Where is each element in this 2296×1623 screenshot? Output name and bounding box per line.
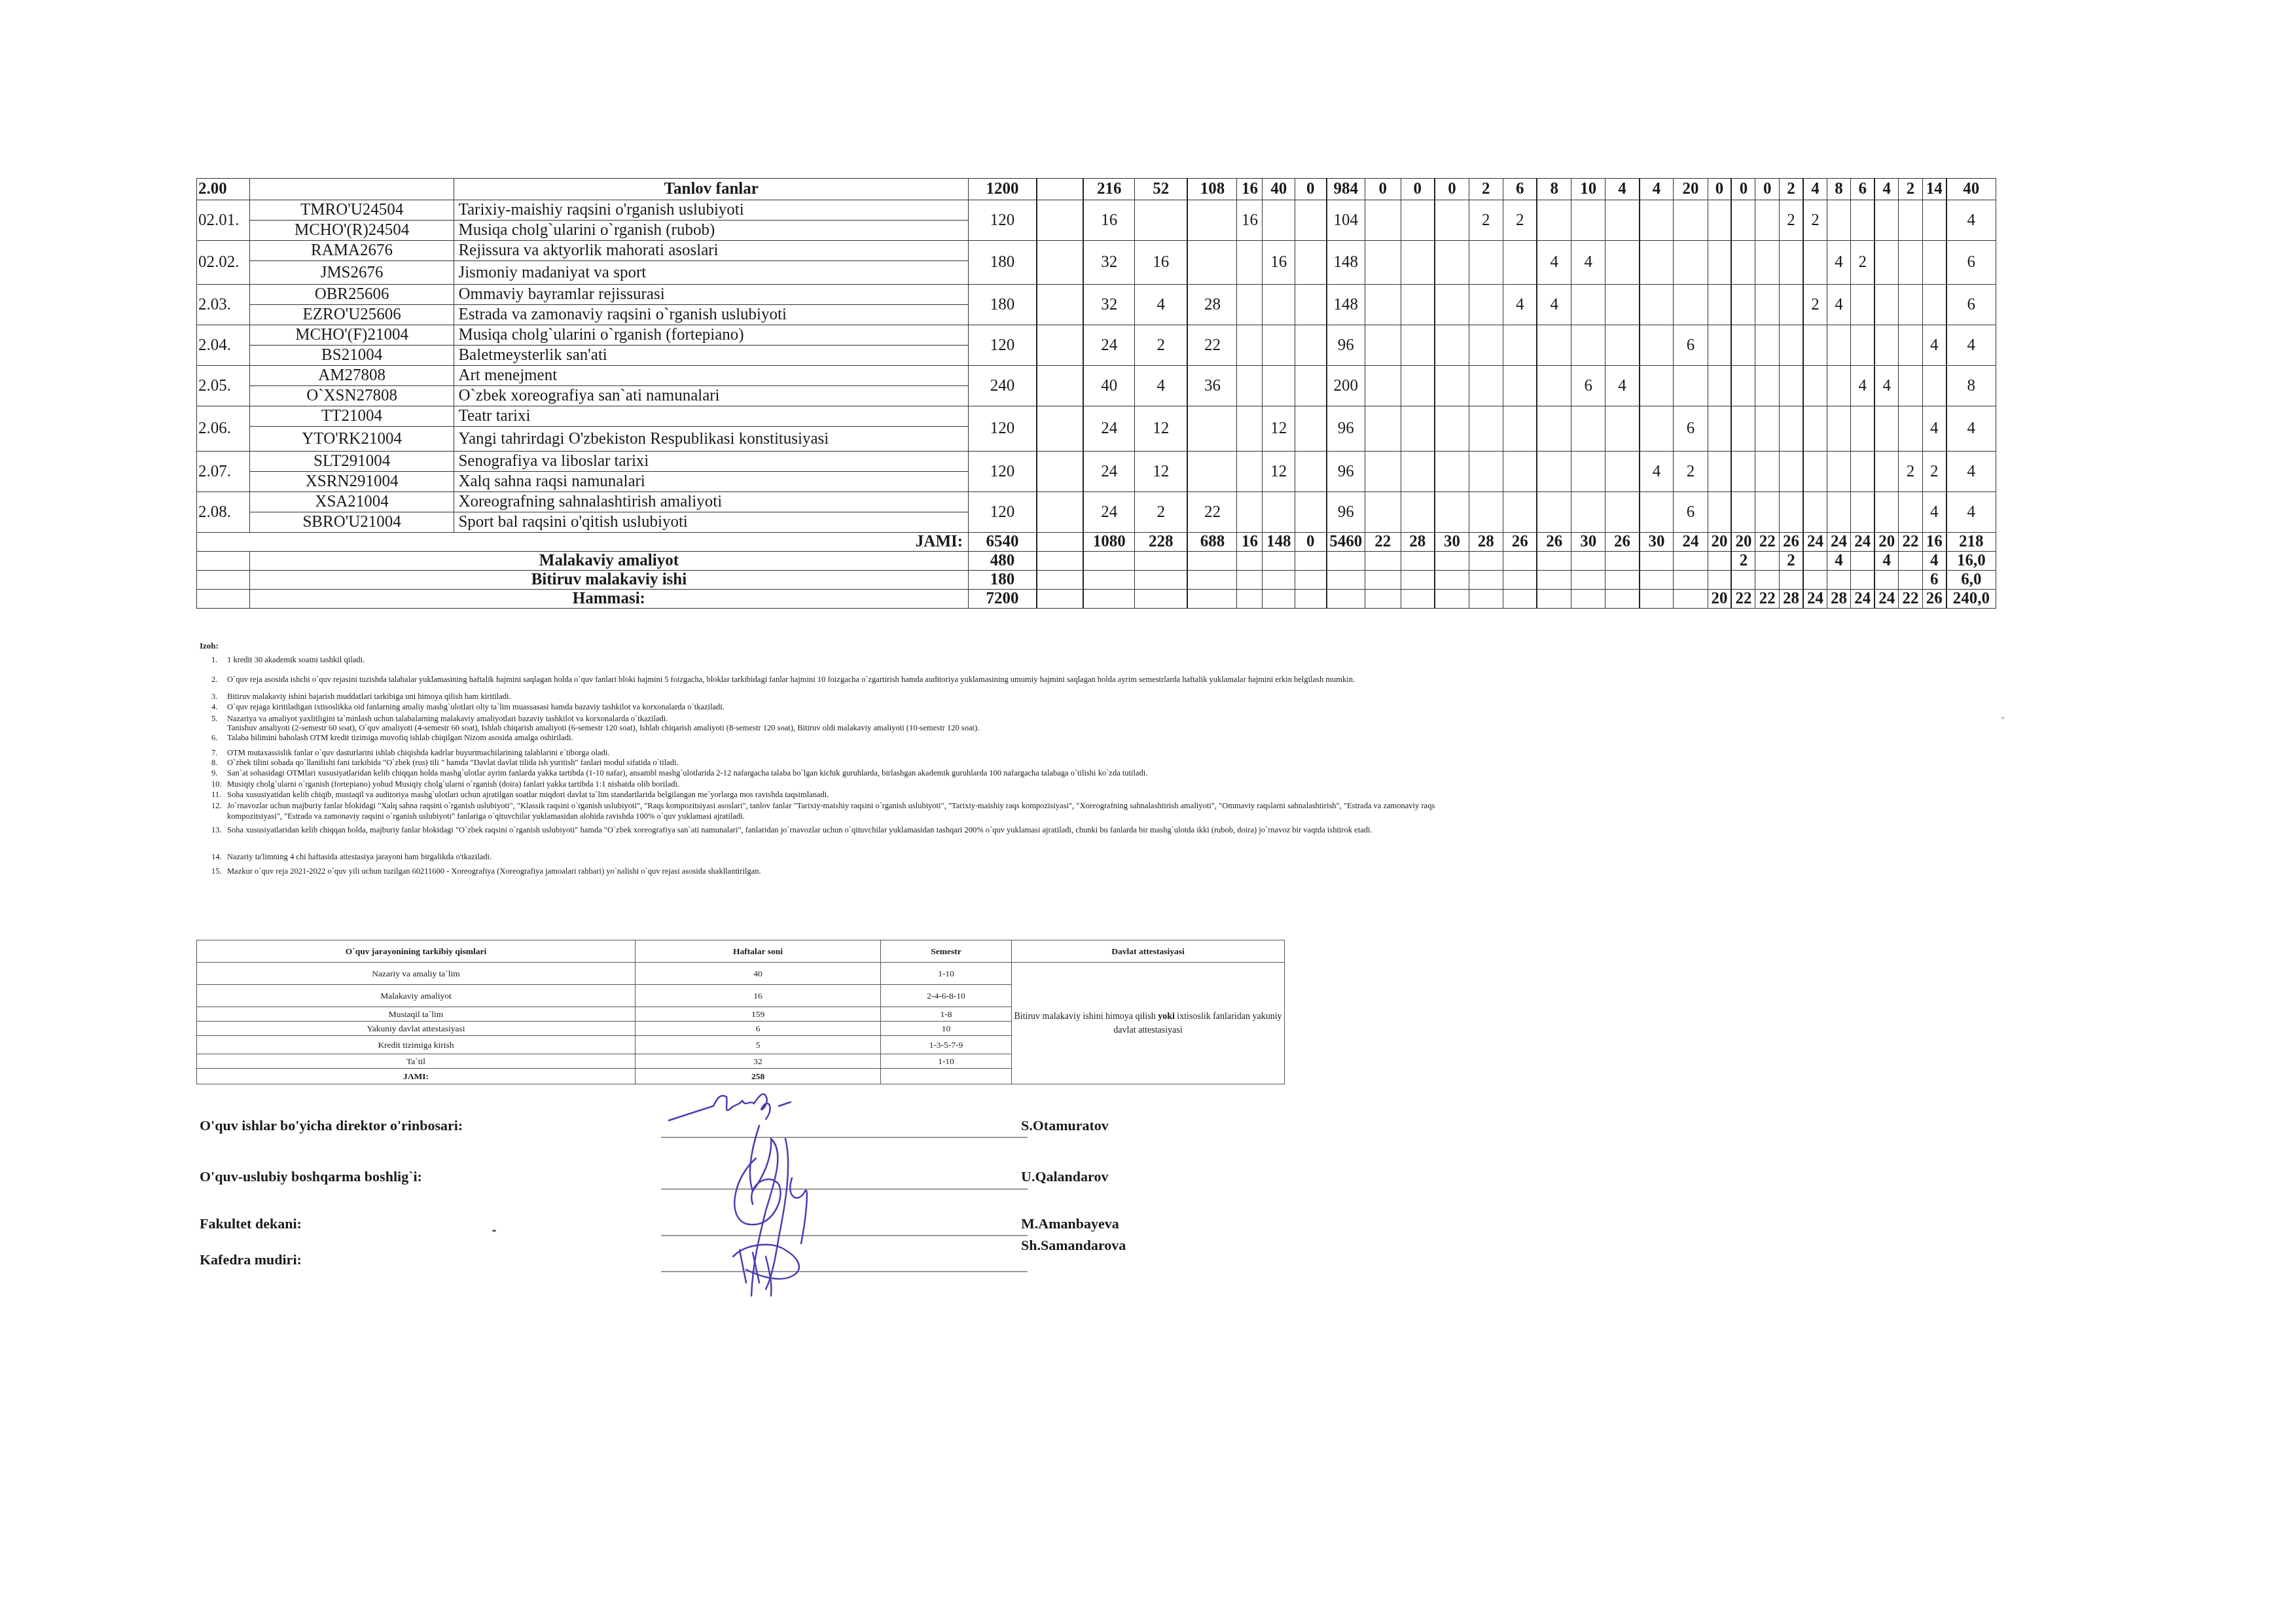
value-cell xyxy=(1237,325,1263,366)
value-cell xyxy=(1755,285,1779,325)
value-cell xyxy=(1640,200,1674,241)
group-number: 2.04. xyxy=(197,325,250,366)
subject-name: Senografiya va liboslar tarixi xyxy=(454,452,969,472)
summary-header-row: O`quv jarayonining tarkibiy qismlari Haf… xyxy=(197,940,1285,963)
value-cell: 8 xyxy=(1537,179,1571,200)
value-cell: 6 xyxy=(1571,366,1605,406)
summary-header-part: O`quv jarayonining tarkibiy qismlari xyxy=(197,940,636,963)
value-cell: 28 xyxy=(1469,533,1503,552)
value-cell: 4 xyxy=(1922,492,1946,533)
value-cell: 2 xyxy=(1469,200,1503,241)
value-cell xyxy=(1263,590,1295,609)
value-cell xyxy=(1731,325,1755,366)
summary-weeks: 5 xyxy=(636,1036,881,1054)
value-cell: 4 xyxy=(1946,492,1996,533)
subject-name: Estrada va zamonaviy raqsini o`rganish u… xyxy=(454,305,969,325)
value-cell: 2 xyxy=(1135,492,1188,533)
value-cell xyxy=(1365,325,1401,366)
value-cell: 2 xyxy=(1503,200,1537,241)
value-cell: 2 xyxy=(1922,452,1946,492)
value-cell: 8 xyxy=(1946,366,1996,406)
value-cell: 22 xyxy=(1187,492,1237,533)
value-cell xyxy=(1469,571,1503,590)
value-cell xyxy=(1674,590,1708,609)
note-text: Tanishuv amaliyoti (2-semestr 60 soat), … xyxy=(227,724,979,732)
value-cell xyxy=(1401,590,1435,609)
value-cell xyxy=(1037,590,1084,609)
value-cell xyxy=(1083,590,1134,609)
value-cell xyxy=(1708,366,1731,406)
value-cell xyxy=(1237,406,1263,452)
value-cell xyxy=(1779,285,1803,325)
value-cell: 6 xyxy=(1922,571,1946,590)
value-cell xyxy=(1640,552,1674,571)
value-cell xyxy=(1237,285,1263,325)
value-cell: 12 xyxy=(1263,452,1295,492)
value-cell xyxy=(1674,552,1708,571)
value-cell xyxy=(1295,325,1326,366)
value-cell xyxy=(1605,285,1640,325)
note-number: 5. xyxy=(200,715,227,723)
subject-name: Art menejment xyxy=(454,366,969,386)
value-cell xyxy=(1295,552,1326,571)
value-cell xyxy=(1708,325,1731,366)
value-cell xyxy=(1779,406,1803,452)
value-cell: 32 xyxy=(1083,241,1134,285)
value-cell: 24 xyxy=(1874,590,1898,609)
note-item: 11.Soha xususiyatidan kelib chiqib, must… xyxy=(200,791,829,799)
subject-name: O`zbek xoreografiya san`ati namunalari xyxy=(454,386,969,406)
note-number: 15. xyxy=(200,867,227,876)
value-cell xyxy=(1827,406,1850,452)
value-cell xyxy=(1874,200,1898,241)
value-cell xyxy=(1851,325,1874,366)
value-cell xyxy=(1605,571,1640,590)
value-cell xyxy=(1571,571,1605,590)
value-cell xyxy=(1708,200,1731,241)
attestation-description: Bitiruv malakaviy ishini himoya qilish y… xyxy=(1012,963,1285,1084)
note-text: Nazariy ta'limning 4 chi haftasida attes… xyxy=(227,853,492,861)
value-cell xyxy=(1083,571,1134,590)
signature-name-methodology-head: U.Qalandarov xyxy=(1021,1168,1108,1185)
value-cell xyxy=(1571,325,1605,366)
value-cell: 20 xyxy=(1708,533,1731,552)
value-cell xyxy=(1295,571,1326,590)
subject-name: Rejissura va aktyorlik mahorati asoslari xyxy=(454,241,969,261)
note-text: 1 kredit 30 akademik soatni tashkil qila… xyxy=(227,656,365,664)
subject-code: XSA21004 xyxy=(249,492,454,512)
value-cell xyxy=(1803,241,1827,285)
value-cell xyxy=(1037,179,1084,200)
note-item: 12.Jo`rnavozlar uchun majburiy fanlar bl… xyxy=(200,802,1435,810)
value-cell: 2 xyxy=(1851,241,1874,285)
note-item: 7.OTM mutaxassislik fanlar o`quv dasturl… xyxy=(200,749,609,757)
value-cell xyxy=(1755,452,1779,492)
totals-row: JAMI:65401080228688161480546022283028262… xyxy=(197,533,1996,552)
value-cell xyxy=(1401,406,1435,452)
value-cell: 22 xyxy=(1187,325,1237,366)
notes-section: Izoh: 1.1 kredit 30 akademik soatni tash… xyxy=(200,641,2098,654)
value-cell xyxy=(1731,366,1755,406)
scan-artifact xyxy=(492,1230,496,1232)
value-cell xyxy=(1708,571,1731,590)
value-cell xyxy=(1674,571,1708,590)
value-cell: 30 xyxy=(1571,533,1605,552)
value-cell: 28 xyxy=(1401,533,1435,552)
value-cell xyxy=(1401,285,1435,325)
value-cell: 0 xyxy=(1755,179,1779,200)
value-cell xyxy=(1295,285,1326,325)
value-cell: 240,0 xyxy=(1946,590,1996,609)
value-cell xyxy=(1503,552,1537,571)
summary-part: Nazariy va amaliy ta`lim xyxy=(197,963,636,985)
value-cell xyxy=(1295,590,1326,609)
value-cell: 984 xyxy=(1327,179,1365,200)
value-cell xyxy=(1851,406,1874,452)
subject-code: O`XSN27808 xyxy=(249,386,454,406)
value-cell: 26 xyxy=(1922,590,1946,609)
subject-code: XSRN291004 xyxy=(249,472,454,492)
value-cell xyxy=(1827,200,1850,241)
value-cell xyxy=(1365,590,1401,609)
value-cell: 6 xyxy=(1674,325,1708,366)
subject-code: BS21004 xyxy=(249,346,454,366)
value-cell: 24 xyxy=(1083,452,1134,492)
subject-name: Tarixiy-maishiy raqsini o'rganish uslubi… xyxy=(454,200,969,221)
value-cell xyxy=(1237,590,1263,609)
value-cell: 228 xyxy=(1135,533,1188,552)
section-number: 2.00 xyxy=(197,179,250,200)
value-cell xyxy=(1899,200,1922,241)
note-item: 8.O`zbek tilini sohada qo`llanilishi fan… xyxy=(200,758,679,767)
subject-code: AM27808 xyxy=(249,366,454,386)
value-cell xyxy=(1874,285,1898,325)
value-cell: 16,0 xyxy=(1946,552,1996,571)
value-cell xyxy=(1755,552,1779,571)
value-cell xyxy=(1295,406,1326,452)
curriculum-table: 2.00Tanlov fanlar12002165210816400984000… xyxy=(196,178,1996,609)
value-cell xyxy=(1922,200,1946,241)
summary-weeks: 6 xyxy=(636,1022,881,1036)
value-cell: 2 xyxy=(1899,179,1922,200)
value-cell xyxy=(1037,406,1084,452)
section-total-hours: 1200 xyxy=(969,179,1037,200)
value-cell xyxy=(1827,366,1850,406)
value-cell xyxy=(1851,200,1874,241)
value-cell: 24 xyxy=(1851,590,1874,609)
value-cell xyxy=(1435,406,1469,452)
value-cell xyxy=(1365,552,1401,571)
subject-name: Baletmeysterlik san'ati xyxy=(454,346,969,366)
value-cell: 40 xyxy=(1263,179,1295,200)
value-cell xyxy=(1237,492,1263,533)
value-cell xyxy=(1605,241,1640,285)
value-cell: 104 xyxy=(1327,200,1365,241)
value-cell xyxy=(1537,200,1571,241)
note-text: Nazariya va amaliyot yaxlitligini ta`min… xyxy=(227,715,668,723)
value-cell xyxy=(1640,285,1674,325)
value-cell xyxy=(1779,492,1803,533)
value-cell: 4 xyxy=(1851,366,1874,406)
value-cell xyxy=(1827,452,1850,492)
value-cell: 4 xyxy=(1135,366,1188,406)
value-cell: 0 xyxy=(1295,533,1326,552)
value-cell xyxy=(1731,200,1755,241)
value-cell xyxy=(1708,406,1731,452)
value-cell: 96 xyxy=(1327,406,1365,452)
totals-blank xyxy=(197,590,250,609)
value-cell: 22 xyxy=(1899,533,1922,552)
value-cell: 16 xyxy=(1237,179,1263,200)
value-cell xyxy=(1537,325,1571,366)
value-cell: 12 xyxy=(1263,406,1295,452)
value-cell xyxy=(1365,492,1401,533)
value-cell xyxy=(1295,241,1326,285)
subject-code: SBRO'U21004 xyxy=(249,512,454,533)
value-cell xyxy=(1674,200,1708,241)
value-cell xyxy=(1851,285,1874,325)
handwritten-signatures-icon xyxy=(655,1086,929,1309)
note-text: OTM mutaxassislik fanlar o`quv dasturlar… xyxy=(227,749,609,757)
subject-code: YTO'RK21004 xyxy=(249,427,454,452)
value-cell xyxy=(1674,285,1708,325)
value-cell xyxy=(1708,285,1731,325)
subject-row: 02.02.RAMA2676Rejissura va aktyorlik mah… xyxy=(197,241,1996,261)
totals-row: Malakaviy amaliyot4802244416,0 xyxy=(197,552,1996,571)
note-text: O`zbek tilini sohada qo`llanilishi fani … xyxy=(227,758,679,767)
summary-semester: 10 xyxy=(881,1022,1012,1036)
value-cell: 4 xyxy=(1537,285,1571,325)
value-cell: 12 xyxy=(1135,452,1188,492)
value-cell xyxy=(1779,452,1803,492)
note-item: 9.San`at sohasidagi OTMlari xususiyatlar… xyxy=(200,769,1147,777)
value-cell: 2 xyxy=(1674,452,1708,492)
study-process-summary-table: O`quv jarayonining tarkibiy qismlari Haf… xyxy=(196,940,1285,1084)
signature-name-deputy-director: S.Otamuratov xyxy=(1021,1117,1109,1134)
value-cell xyxy=(1899,552,1922,571)
value-cell xyxy=(1851,452,1874,492)
totals-label: JAMI: xyxy=(197,533,969,552)
value-cell xyxy=(1469,285,1503,325)
value-cell xyxy=(1827,492,1850,533)
value-cell: 20 xyxy=(1731,533,1755,552)
value-cell xyxy=(1401,452,1435,492)
totals-blank xyxy=(197,571,250,590)
value-cell xyxy=(1263,325,1295,366)
value-cell xyxy=(1899,492,1922,533)
subject-row: 2.05.AM27808Art menejment240404362006444… xyxy=(197,366,1996,386)
value-cell: 30 xyxy=(1435,533,1469,552)
value-cell xyxy=(1755,571,1779,590)
summary-semester: 1-10 xyxy=(881,963,1012,985)
totals-row: Hammasi:720020222228242824242226240,0 xyxy=(197,590,1996,609)
value-cell: 2 xyxy=(1731,552,1755,571)
value-cell xyxy=(1851,552,1874,571)
value-cell xyxy=(1187,200,1237,241)
value-cell xyxy=(1605,200,1640,241)
value-cell: 32 xyxy=(1083,285,1134,325)
value-cell xyxy=(1803,366,1827,406)
value-cell: 40 xyxy=(1083,366,1134,406)
group-number: 2.07. xyxy=(197,452,250,492)
value-cell: 200 xyxy=(1327,366,1365,406)
note-item: 13.Soha xususiyatlaridan kelib chiqqan h… xyxy=(200,826,1372,834)
value-cell xyxy=(1851,571,1874,590)
value-cell: 148 xyxy=(1327,285,1365,325)
totals-label: Bitiruv malakaviy ishi xyxy=(249,571,968,590)
value-cell xyxy=(1135,552,1188,571)
subject-name: Musiqa cholg`ularini o`rganish (rubob) xyxy=(454,221,969,241)
value-cell: 24 xyxy=(1803,590,1827,609)
subject-code: SLT291004 xyxy=(249,452,454,472)
value-cell xyxy=(1469,325,1503,366)
value-cell xyxy=(1571,452,1605,492)
summary-semester: 1-8 xyxy=(881,1007,1012,1022)
value-cell xyxy=(1503,492,1537,533)
value-cell: 6,0 xyxy=(1946,571,1996,590)
value-cell: 26 xyxy=(1537,533,1571,552)
summary-header-weeks: Haftalar soni xyxy=(636,940,881,963)
group-number: 2.05. xyxy=(197,366,250,406)
value-cell xyxy=(1295,492,1326,533)
note-item: 3. Bitiruv malakaviy ishini bajarish mud… xyxy=(200,692,511,701)
value-cell xyxy=(1435,452,1469,492)
value-cell: 4 xyxy=(1605,179,1640,200)
value-cell xyxy=(1263,492,1295,533)
value-cell: 24 xyxy=(1083,325,1134,366)
value-cell xyxy=(1755,406,1779,452)
value-cell xyxy=(1469,406,1503,452)
value-cell xyxy=(1263,552,1295,571)
value-cell xyxy=(1605,325,1640,366)
value-cell xyxy=(1803,552,1827,571)
notes-heading: Izoh: xyxy=(200,641,2098,650)
value-cell xyxy=(1708,492,1731,533)
note-number: 1. xyxy=(200,656,227,664)
summary-part: Yakuniy davlat attestasiyasi xyxy=(197,1022,636,1036)
curriculum-table-body: 2.00Tanlov fanlar12002165210816400984000… xyxy=(197,179,1996,609)
signature-role-dean: Fakultet dekani: xyxy=(200,1215,302,1232)
value-cell xyxy=(1503,325,1537,366)
value-cell xyxy=(1755,241,1779,285)
value-cell xyxy=(1435,366,1469,406)
value-cell: 14 xyxy=(1922,179,1946,200)
value-cell xyxy=(1327,552,1365,571)
value-cell: 16 xyxy=(1263,241,1295,285)
subject-code: RAMA2676 xyxy=(249,241,454,261)
value-cell: 8 xyxy=(1827,179,1850,200)
value-cell xyxy=(1922,241,1946,285)
value-cell: 22 xyxy=(1755,590,1779,609)
value-cell: 148 xyxy=(1327,241,1365,285)
subject-code: JMS2676 xyxy=(249,261,454,285)
value-cell xyxy=(1435,200,1469,241)
value-cell xyxy=(1899,366,1922,406)
value-cell: 2 xyxy=(1779,200,1803,241)
value-cell xyxy=(1874,325,1898,366)
value-cell xyxy=(1571,552,1605,571)
value-cell xyxy=(1708,452,1731,492)
value-cell xyxy=(1803,492,1827,533)
value-cell: 4 xyxy=(1803,179,1827,200)
value-cell: 40 xyxy=(1946,179,1996,200)
subject-row: 02.01.TMRO'U24504Tarixiy-maishiy raqsini… xyxy=(197,200,1996,221)
value-cell: 4 xyxy=(1571,241,1605,285)
value-cell xyxy=(1327,571,1365,590)
note-text: Soha xususiyatlaridan kelib chiqqan hold… xyxy=(227,826,1372,834)
value-cell xyxy=(1731,241,1755,285)
note-number: 3. xyxy=(200,692,227,701)
summary-total-label: JAMI: xyxy=(197,1069,636,1084)
value-cell xyxy=(1263,571,1295,590)
note-number: 12. xyxy=(200,802,227,810)
summary-total-semester xyxy=(881,1069,1012,1084)
note-text: kompozitsiyasi", "Estrada va zamonaviy r… xyxy=(227,812,745,821)
value-cell: 28 xyxy=(1827,590,1850,609)
value-cell xyxy=(1537,492,1571,533)
summary-header-semester: Semestr xyxy=(881,940,1012,963)
value-cell xyxy=(1469,552,1503,571)
value-cell: 96 xyxy=(1327,325,1365,366)
value-cell xyxy=(1365,452,1401,492)
value-cell xyxy=(1295,366,1326,406)
value-cell: 22 xyxy=(1365,533,1401,552)
value-cell xyxy=(1803,406,1827,452)
value-cell xyxy=(1537,590,1571,609)
value-cell: 28 xyxy=(1187,285,1237,325)
note-item: 1.1 kredit 30 akademik soatni tashkil qi… xyxy=(200,656,365,664)
value-cell: 2 xyxy=(1899,452,1922,492)
value-cell xyxy=(1537,552,1571,571)
value-cell xyxy=(1401,325,1435,366)
group-total-hours: 120 xyxy=(969,406,1037,452)
value-cell xyxy=(1263,200,1295,241)
section-title: Tanlov fanlar xyxy=(454,179,969,200)
value-cell xyxy=(1731,452,1755,492)
value-cell xyxy=(1537,366,1571,406)
group-total-hours: 120 xyxy=(969,325,1037,366)
note-item: Tanishuv amaliyoti (2-semestr 60 soat), … xyxy=(200,724,979,732)
value-cell xyxy=(1874,492,1898,533)
value-cell xyxy=(1401,200,1435,241)
value-cell xyxy=(1708,241,1731,285)
value-cell xyxy=(1755,366,1779,406)
note-number: 2. xyxy=(200,675,227,684)
subject-code: EZRO'U25606 xyxy=(249,305,454,325)
value-cell xyxy=(1605,590,1640,609)
value-cell: 22 xyxy=(1731,590,1755,609)
value-cell xyxy=(1237,366,1263,406)
value-cell: 96 xyxy=(1327,492,1365,533)
value-cell: 24 xyxy=(1083,492,1134,533)
note-text: Soha xususiyatidan kelib chiqib, mustaqi… xyxy=(227,791,829,799)
value-cell: 24 xyxy=(1083,406,1134,452)
value-cell xyxy=(1237,452,1263,492)
group-number: 2.06. xyxy=(197,406,250,452)
value-cell: 12 xyxy=(1135,406,1188,452)
value-cell xyxy=(1640,590,1674,609)
value-cell xyxy=(1537,571,1571,590)
subject-name: Musiqa cholg`ularini o`rganish (fortepia… xyxy=(454,325,969,346)
value-cell xyxy=(1874,452,1898,492)
group-total-hours: 120 xyxy=(969,452,1037,492)
note-number: 13. xyxy=(200,826,227,834)
value-cell xyxy=(1803,571,1827,590)
value-cell: 24 xyxy=(1851,533,1874,552)
value-cell: 4 xyxy=(1503,285,1537,325)
value-cell: 108 xyxy=(1187,179,1237,200)
value-cell xyxy=(1640,406,1674,452)
